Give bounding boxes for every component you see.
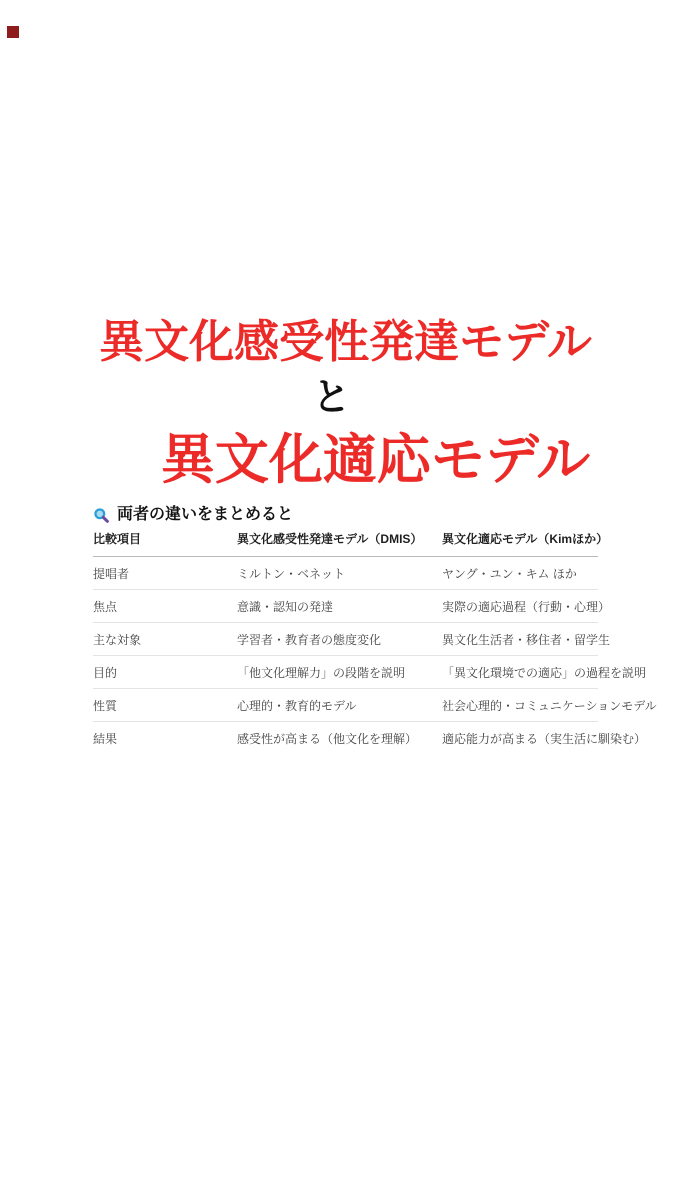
cell-item: 提唱者	[93, 557, 237, 590]
column-header-item: 比較項目	[93, 530, 237, 557]
title-line-1: 異文化感受性発達モデル	[93, 313, 598, 370]
cell-dmis: 学習者・教育者の態度変化	[237, 623, 442, 656]
cell-dmis: ミルトン・ベネット	[237, 557, 442, 590]
column-header-dmis: 異文化感受性発達モデル（DMIS）	[237, 530, 442, 557]
cell-kim: 適応能力が高まる（実生活に馴染む）	[442, 722, 598, 755]
table-row: 焦点 意識・認知の発達 実際の適応過程（行動・心理）	[93, 590, 598, 623]
table-row: 提唱者 ミルトン・ベネット ヤング・ユン・キム ほか	[93, 557, 598, 590]
comparison-table: 比較項目 異文化感受性発達モデル（DMIS） 異文化適応モデル（Kimほか） 提…	[93, 530, 598, 754]
cell-dmis: 意識・認知の発達	[237, 590, 442, 623]
table-row: 主な対象 学習者・教育者の態度変化 異文化生活者・移住者・留学生	[93, 623, 598, 656]
cell-item: 結果	[93, 722, 237, 755]
column-header-kim: 異文化適応モデル（Kimほか）	[442, 530, 598, 557]
cell-dmis: 「他文化理解力」の段階を説明	[237, 656, 442, 689]
title-block: 異文化感受性発達モデル と 異文化適応モデル	[93, 313, 598, 494]
table-row: 性質 心理的・教育的モデル 社会心理的・コミュニケーションモデル	[93, 689, 598, 722]
cell-kim: 実際の適応過程（行動・心理）	[442, 590, 598, 623]
cell-item: 焦点	[93, 590, 237, 623]
page: 異文化感受性発達モデル と 異文化適応モデル 両者の違いをまとめると 比較項目 …	[0, 0, 675, 1200]
cell-item: 主な対象	[93, 623, 237, 656]
section-title: 両者の違いをまとめると	[117, 505, 293, 525]
cell-kim: 異文化生活者・移住者・留学生	[442, 623, 598, 656]
table-header-row: 比較項目 異文化感受性発達モデル（DMIS） 異文化適応モデル（Kimほか）	[93, 530, 598, 557]
cell-dmis: 心理的・教育的モデル	[237, 689, 442, 722]
title-connector: と	[93, 370, 570, 426]
cell-item: 性質	[93, 689, 237, 722]
section-heading-row: 両者の違いをまとめると	[93, 505, 293, 525]
table-row: 結果 感受性が高まる（他文化を理解） 適応能力が高まる（実生活に馴染む）	[93, 722, 598, 755]
cell-item: 目的	[93, 656, 237, 689]
cell-kim: 「異文化環境での適応」の過程を説明	[442, 656, 598, 689]
cell-dmis: 感受性が高まる（他文化を理解）	[237, 722, 442, 755]
title-line-2: 異文化適応モデル	[153, 426, 598, 494]
table-row: 目的 「他文化理解力」の段階を説明 「異文化環境での適応」の過程を説明	[93, 656, 598, 689]
magnifier-icon	[93, 507, 110, 524]
corner-mark	[7, 26, 19, 38]
cell-kim: 社会心理的・コミュニケーションモデル	[442, 689, 598, 722]
cell-kim: ヤング・ユン・キム ほか	[442, 557, 598, 590]
